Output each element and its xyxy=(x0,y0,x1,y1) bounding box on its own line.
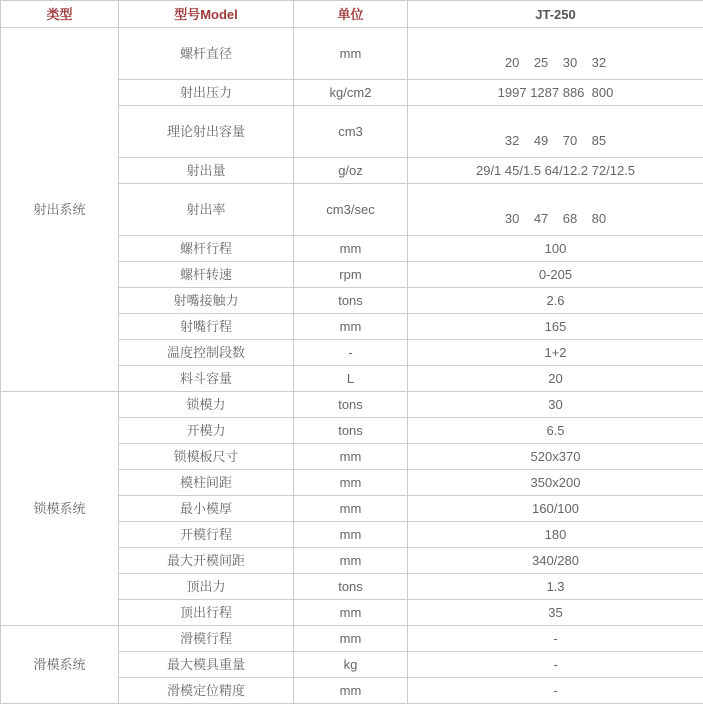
spec-value-cell: 1+2 xyxy=(408,340,703,366)
spec-label-cell: 开模行程 xyxy=(119,522,294,548)
spec-label-cell: 锁模力 xyxy=(119,392,294,418)
spec-unit-cell: g/oz xyxy=(294,158,408,184)
spec-value-cell: 35 xyxy=(408,600,703,626)
spec-label-cell: 射出量 xyxy=(119,158,294,184)
spec-value-cell: 180 xyxy=(408,522,703,548)
spec-unit-cell: kg/cm2 xyxy=(294,80,408,106)
spec-value-cell: 340/280 xyxy=(408,548,703,574)
spec-value-cell: 20 25 30 32 xyxy=(408,28,703,80)
spec-label-cell: 温度控制段数 xyxy=(119,340,294,366)
spec-unit-cell: mm xyxy=(294,236,408,262)
spec-label-cell: 射嘴接触力 xyxy=(119,288,294,314)
spec-label-cell: 射嘴行程 xyxy=(119,314,294,340)
header-model-value: JT-250 xyxy=(408,1,703,28)
spec-label-cell: 锁模板尺寸 xyxy=(119,444,294,470)
header-type: 类型 xyxy=(1,1,119,28)
spec-label-cell: 滑模行程 xyxy=(119,626,294,652)
table-row: 锁模系统锁模力tons30 xyxy=(1,392,703,418)
spec-unit-cell: tons xyxy=(294,574,408,600)
spec-unit-cell: mm xyxy=(294,522,408,548)
spec-unit-cell: cm3 xyxy=(294,106,408,158)
spec-sheet-page: 类型 型号Model 单位 JT-250 射出系统螺杆直径mm 20 25 30… xyxy=(0,0,703,704)
spec-label-cell: 顶出行程 xyxy=(119,600,294,626)
spec-label-cell: 最大模具重量 xyxy=(119,652,294,678)
spec-unit-cell: mm xyxy=(294,470,408,496)
spec-value-cell: 30 xyxy=(408,392,703,418)
spec-unit-cell: tons xyxy=(294,288,408,314)
spec-value-cell: 1.3 xyxy=(408,574,703,600)
spec-value-cell: 520x370 xyxy=(408,444,703,470)
spec-value-cell: 20 xyxy=(408,366,703,392)
spec-unit-cell: - xyxy=(294,340,408,366)
spec-unit-cell: cm3/sec xyxy=(294,184,408,236)
spec-value-cell: 6.5 xyxy=(408,418,703,444)
header-row: 类型 型号Model 单位 JT-250 xyxy=(1,1,703,28)
spec-label-cell: 滑模定位精度 xyxy=(119,678,294,704)
spec-label-cell: 螺杆直径 xyxy=(119,28,294,80)
spec-value-cell: - xyxy=(408,652,703,678)
spec-label-cell: 开模力 xyxy=(119,418,294,444)
spec-unit-cell: mm xyxy=(294,678,408,704)
spec-label-cell: 最大开模间距 xyxy=(119,548,294,574)
spec-unit-cell: L xyxy=(294,366,408,392)
group-cell: 射出系统 xyxy=(1,28,119,392)
spec-unit-cell: mm xyxy=(294,314,408,340)
group-cell: 滑模系统 xyxy=(1,626,119,704)
spec-value-cell: 160/100 xyxy=(408,496,703,522)
spec-value-cell: 350x200 xyxy=(408,470,703,496)
spec-label-cell: 理论射出容量 xyxy=(119,106,294,158)
spec-label-cell: 射出压力 xyxy=(119,80,294,106)
table-row: 射出系统螺杆直径mm 20 25 30 32 xyxy=(1,28,703,80)
spec-label-cell: 螺杆行程 xyxy=(119,236,294,262)
spec-unit-cell: mm xyxy=(294,548,408,574)
spec-value-cell: 165 xyxy=(408,314,703,340)
spec-label-cell: 最小模厚 xyxy=(119,496,294,522)
spec-unit-cell: tons xyxy=(294,392,408,418)
spec-unit-cell: kg xyxy=(294,652,408,678)
spec-unit-cell: mm xyxy=(294,28,408,80)
spec-label-cell: 料斗容量 xyxy=(119,366,294,392)
spec-unit-cell: tons xyxy=(294,418,408,444)
spec-table: 类型 型号Model 单位 JT-250 射出系统螺杆直径mm 20 25 30… xyxy=(0,0,703,704)
group-cell: 锁模系统 xyxy=(1,392,119,626)
spec-unit-cell: mm xyxy=(294,496,408,522)
spec-value-cell: 0-205 xyxy=(408,262,703,288)
spec-value-cell: 2.6 xyxy=(408,288,703,314)
spec-unit-cell: mm xyxy=(294,626,408,652)
spec-value-cell: 100 xyxy=(408,236,703,262)
spec-value-cell: 29/1 45/1.5 64/12.2 72/12.5 xyxy=(408,158,703,184)
spec-label-cell: 模柱间距 xyxy=(119,470,294,496)
spec-value-cell: 1997 1287 886 800 xyxy=(408,80,703,106)
spec-value-cell: - xyxy=(408,678,703,704)
spec-label-cell: 顶出力 xyxy=(119,574,294,600)
header-unit: 单位 xyxy=(294,1,408,28)
spec-value-cell: 32 49 70 85 xyxy=(408,106,703,158)
header-model: 型号Model xyxy=(119,1,294,28)
table-row: 滑模系统滑模行程mm- xyxy=(1,626,703,652)
spec-label-cell: 射出率 xyxy=(119,184,294,236)
spec-value-cell: - xyxy=(408,626,703,652)
spec-label-cell: 螺杆转速 xyxy=(119,262,294,288)
spec-unit-cell: mm xyxy=(294,600,408,626)
spec-unit-cell: mm xyxy=(294,444,408,470)
spec-value-cell: 30 47 68 80 xyxy=(408,184,703,236)
spec-unit-cell: rpm xyxy=(294,262,408,288)
